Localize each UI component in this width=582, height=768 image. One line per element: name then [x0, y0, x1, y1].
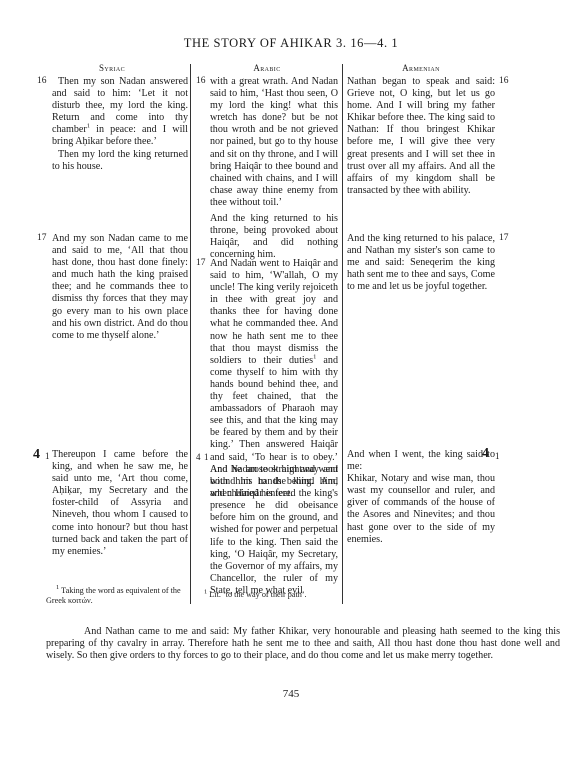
column-heading-syriac: Syriac — [36, 63, 188, 73]
passage-text: with a great wrath. And Nadan said to hi… — [210, 76, 338, 209]
paragraph-text: And Nathan came to me and said: My fathe… — [46, 626, 560, 662]
syriac-passage-16: Then my son Nadan answered and said to h… — [52, 76, 188, 173]
armenian-passage-16: Nathan began to speak and said: Grieve n… — [347, 76, 495, 197]
passage-continuation: And the king returned to his throne, bei… — [210, 213, 338, 261]
passage-text: Nathan began to speak and said: Grieve n… — [347, 76, 495, 197]
verse-number: 1 — [495, 451, 500, 461]
verse-number: 16 — [196, 76, 206, 86]
arabic-passage-16: with a great wrath. And Nadan said to hi… — [210, 76, 338, 261]
footnote-text: Taking the word as equivalent of the Gre… — [46, 586, 181, 605]
chapter-number: 4 — [33, 447, 40, 463]
arabic-passage-4-1: And Nadan took him and went with him to … — [210, 464, 338, 597]
book-page: THE STORY OF AHIKAR 3. 16—4. 1 Syriac Ar… — [0, 0, 582, 768]
column-heading-arabic: Arabic — [196, 63, 338, 73]
verse-number: 17 — [37, 233, 47, 243]
footnote-text: Lit. ‘to the way of their path’. — [209, 590, 306, 599]
passage-text: And my son Nadan came to me and said to … — [52, 233, 188, 342]
armenian-passage-4-1: And when I went, the king said to me: Kh… — [347, 449, 495, 546]
footnote-mark: 1 — [204, 588, 207, 595]
chapter-number: 4 — [482, 446, 489, 462]
column-divider — [342, 64, 343, 604]
verse-number: 17 — [196, 258, 206, 268]
verse-number: 16 — [37, 76, 47, 86]
syriac-footnote: 1 Taking the word as equivalent of the G… — [46, 586, 186, 605]
footnote-mark: 1 — [56, 584, 59, 591]
syriac-passage-17: And my son Nadan came to me and said to … — [52, 233, 188, 342]
passage-text: And the king returned to his palace, and… — [347, 233, 495, 293]
passage-text: And Nadan took him and went with him to … — [210, 464, 338, 597]
column-heading-armenian: Armenian — [347, 63, 495, 73]
passage-continuation: Then my lord the king returned to his ho… — [52, 149, 188, 173]
chapter-number: 4 — [196, 452, 201, 462]
passage-text: Thereupon I came before the king, and wh… — [52, 449, 188, 558]
verse-number: 1 — [204, 452, 209, 462]
verse-number: 17 — [499, 233, 509, 243]
page-number: 745 — [0, 688, 582, 700]
verse-number: 16 — [499, 76, 509, 86]
armenian-continuation-paragraph: And Nathan came to me and said: My fathe… — [46, 626, 560, 662]
passage-text: And Nadan went to Haiqâr and said to him… — [210, 258, 338, 366]
passage-continuation: Khikar, Notary and wise man, thou wast m… — [347, 473, 495, 546]
column-divider — [190, 64, 191, 604]
running-title: THE STORY OF AHIKAR 3. 16—4. 1 — [0, 36, 582, 51]
arabic-footnote: 1 Lit. ‘to the way of their path’. — [204, 590, 338, 600]
passage-text: And when I went, the king said to me: — [347, 449, 495, 473]
verse-number: 1 — [45, 451, 50, 461]
armenian-passage-17: And the king returned to his palace, and… — [347, 233, 495, 293]
syriac-passage-4-1: Thereupon I came before the king, and wh… — [52, 449, 188, 558]
